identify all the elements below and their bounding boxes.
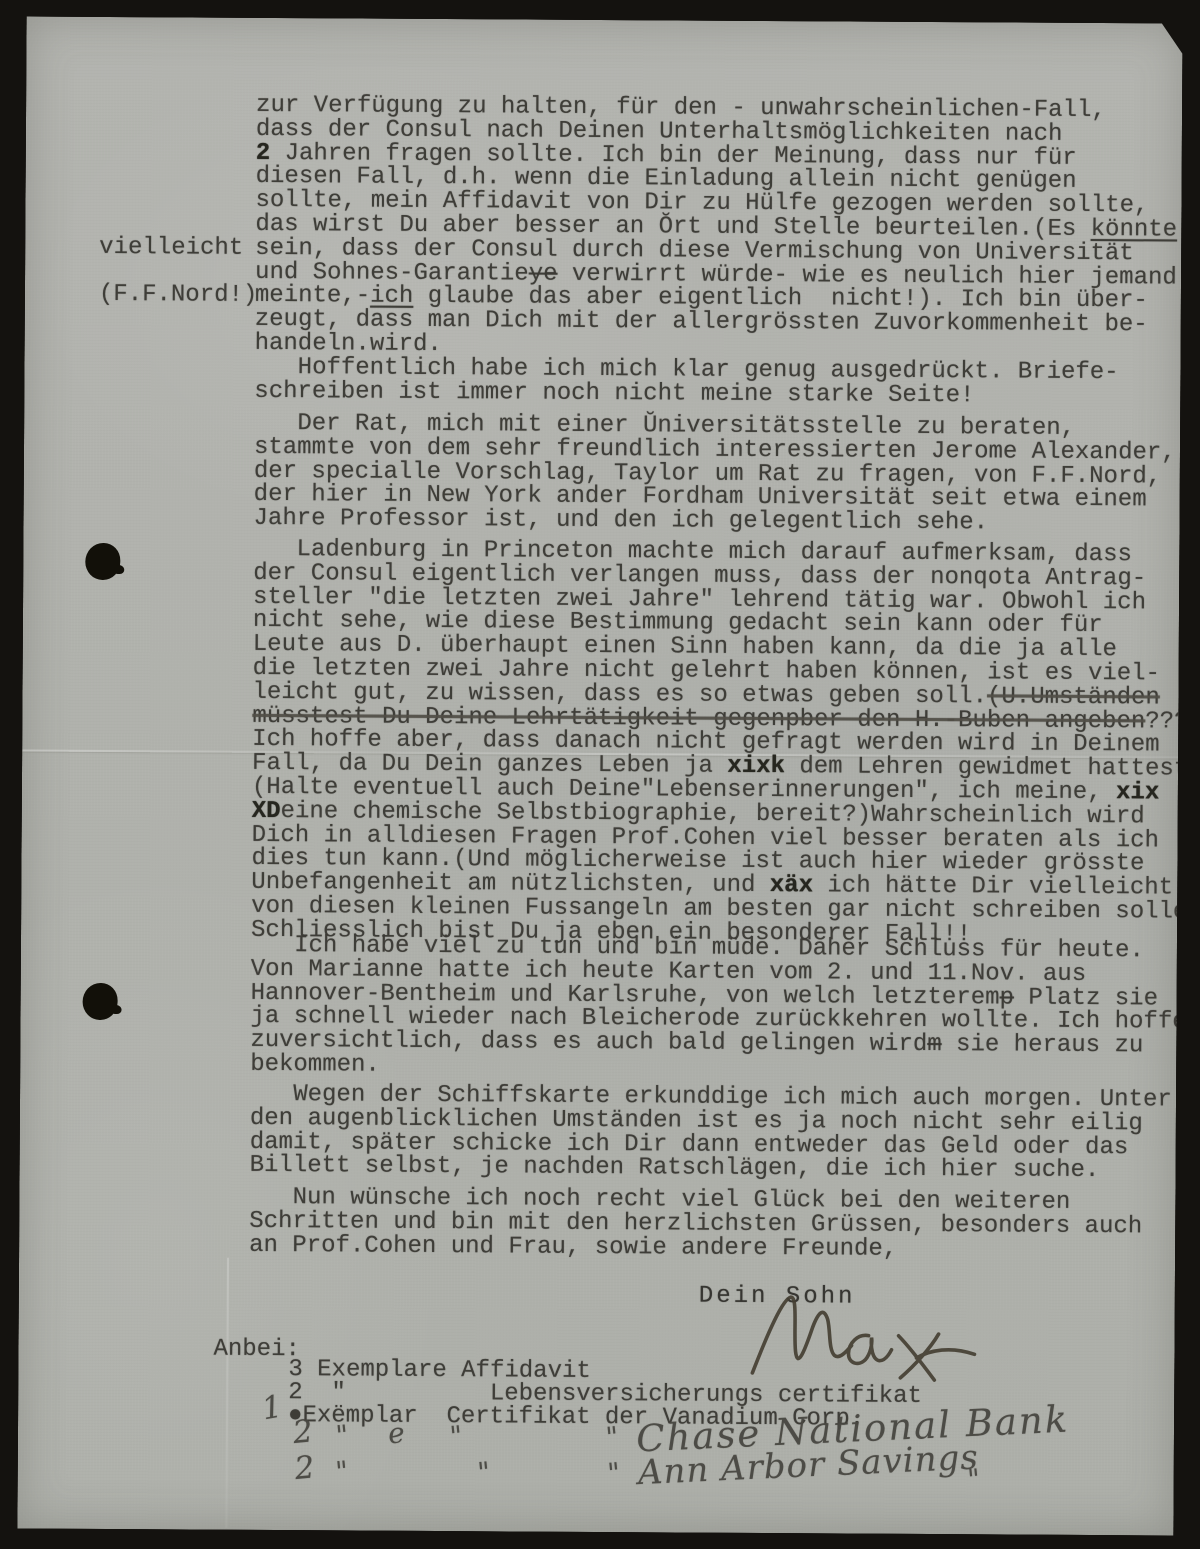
paragraph-5: Ich habe viel zu tun und bin müde. Daher… bbox=[250, 934, 1182, 1083]
handwritten-note: " bbox=[334, 1456, 349, 1488]
handwritten-note: e bbox=[386, 1416, 406, 1450]
scanned-letter-page: vielleicht(F.F.Nord!) zur Verfügung zu h… bbox=[0, 0, 1200, 1549]
paragraph-1: zur Verfügung zu halten, für den - unwah… bbox=[255, 94, 1183, 362]
paragraph-2: Hoffentlich habe ich mich klar genug aus… bbox=[254, 356, 1182, 410]
punch-hole-bottom bbox=[83, 983, 118, 1020]
paragraph-6: Wegen der Schiffskarte erkunddige ich mi… bbox=[250, 1083, 1183, 1184]
paragraph-3: Der Rat, mich mit einer Ŭniversitätsstel… bbox=[253, 412, 1182, 537]
margin-note: vielleicht bbox=[99, 236, 243, 261]
handwritten-note: 2 bbox=[291, 1413, 314, 1451]
punch-hole-top bbox=[85, 543, 120, 580]
letter-text: Billett selbst, je nachden Ratschlägen, … bbox=[250, 1152, 1100, 1184]
paragraph-7: Nun wünsche ich noch recht viel Glück be… bbox=[249, 1186, 1183, 1263]
fold-crease-vertical bbox=[225, 1258, 229, 1528]
letter-line: zuversichtlich, dass es auch bald geling… bbox=[250, 1029, 1182, 1059]
letter-text: schreiben ist immer noch nicht meine sta… bbox=[254, 378, 974, 409]
handwritten-note: " bbox=[476, 1457, 491, 1489]
letter-line: Billett selbst, je nachden Ratschlägen, … bbox=[250, 1154, 1183, 1184]
letter-body: zur Verfügung zu halten, für den - unwah… bbox=[27, 16, 1183, 23]
handwritten-note: " bbox=[966, 1464, 981, 1496]
enclosures-label: Anbei: bbox=[213, 1336, 300, 1364]
margin-notes: vielleicht(F.F.Nord!) bbox=[27, 16, 1183, 23]
enclosures-handwritten: 12"e""Chase National Bank2"""Ann Arbor S… bbox=[27, 16, 1183, 23]
handwritten-note: 2 bbox=[293, 1449, 316, 1487]
paragraph-4: Ladenburg in Princeton machte mich darau… bbox=[251, 538, 1183, 949]
letter-text-marked: m bbox=[927, 1031, 942, 1058]
letter-paper: vielleicht(F.F.Nord!) zur Verfügung zu h… bbox=[17, 16, 1182, 1535]
letter-text: an Prof.Cohen und Frau, sowie andere Fre… bbox=[249, 1231, 897, 1262]
letter-text: sie heraus zu bbox=[942, 1031, 1144, 1059]
handwritten-note: 1 bbox=[259, 1389, 284, 1428]
letter-text: Jahre Professor ist, und den ich gelegen… bbox=[253, 505, 988, 536]
margin-note: (F.F.Nord!) bbox=[99, 283, 258, 308]
handwritten-note: " bbox=[606, 1458, 621, 1490]
letter-text: bekommen. bbox=[250, 1051, 380, 1079]
